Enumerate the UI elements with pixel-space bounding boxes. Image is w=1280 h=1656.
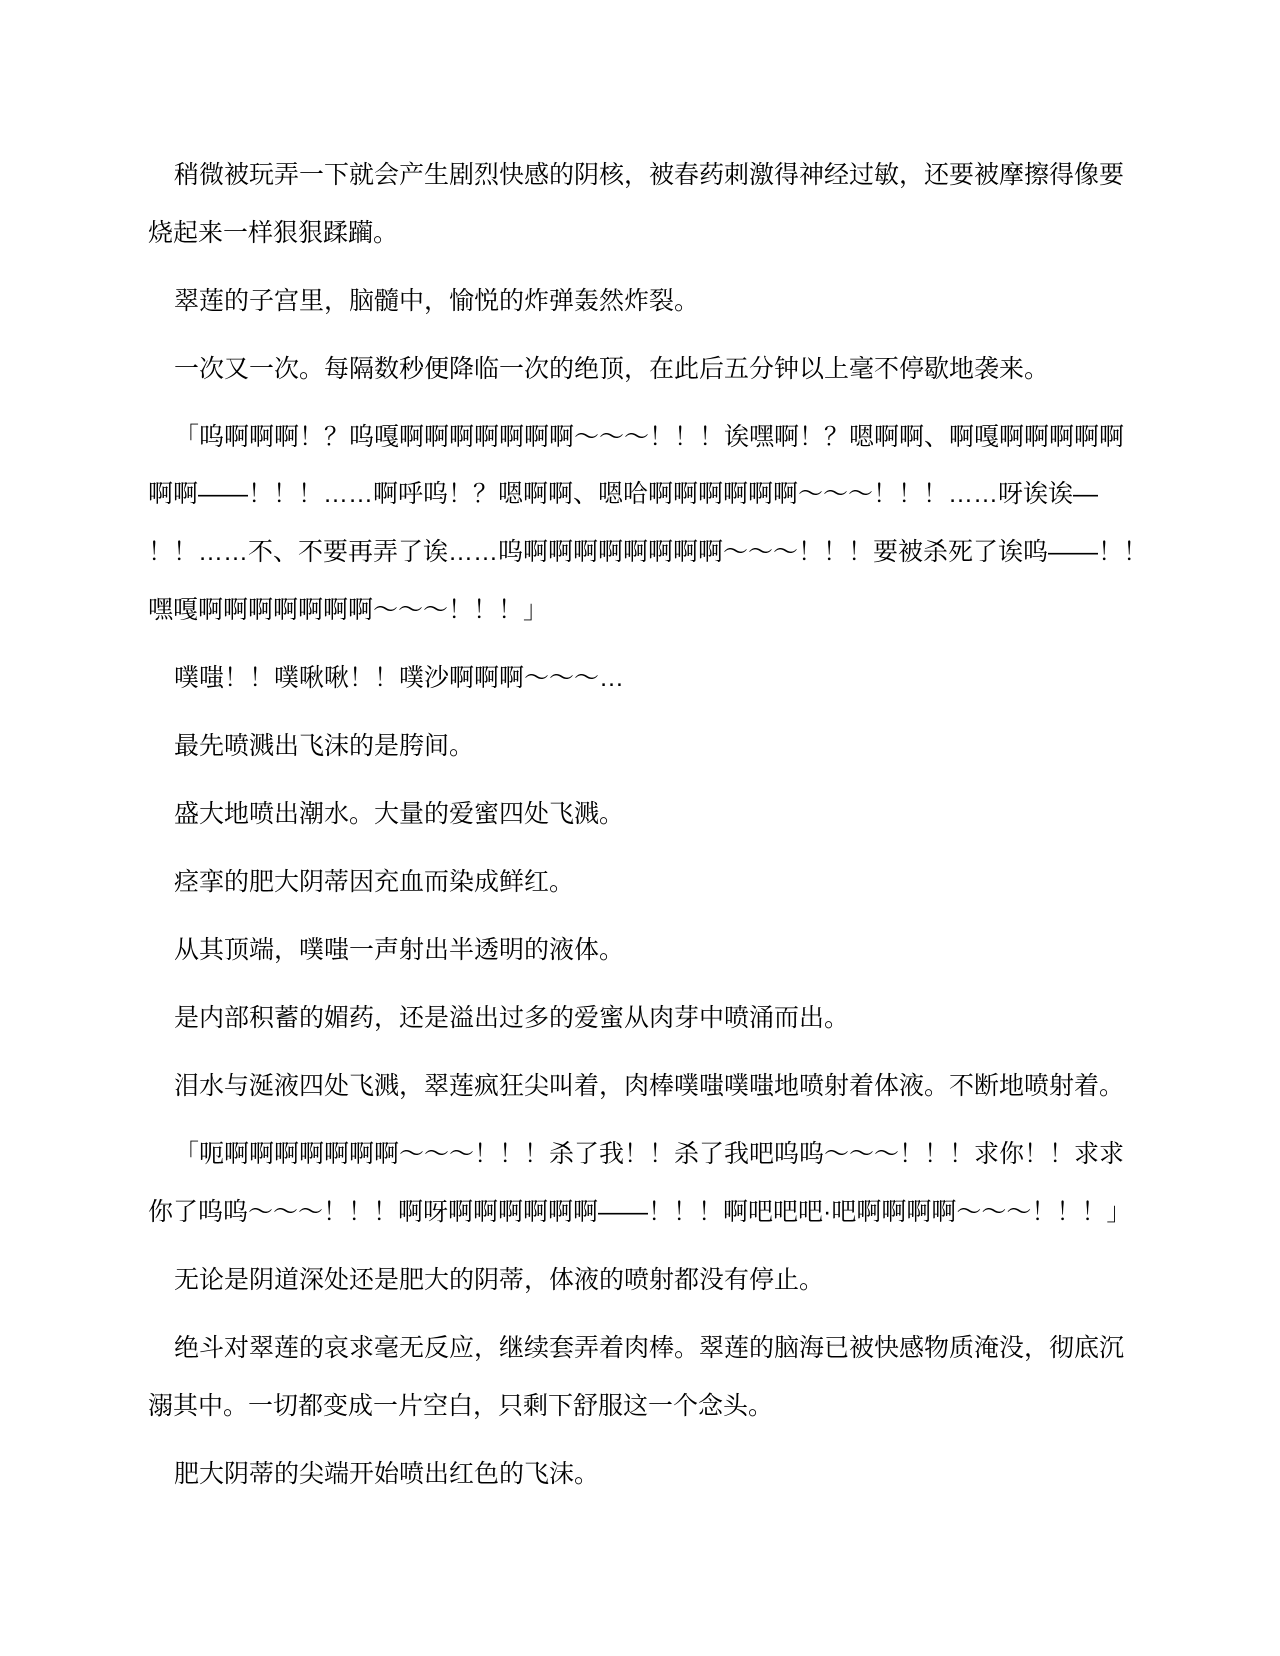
paragraph: 痉挛的肥大阴蒂因充血而染成鲜红。	[148, 854, 1158, 912]
text-line: 「呃啊啊啊啊啊啊啊～～～！！！杀了我！！杀了我吧呜呜～～～！！！求你！！求求	[148, 1126, 1158, 1184]
text-line: 绝斗对翠莲的哀求毫无反应，继续套弄着肉棒。翠莲的脑海已被快感物质淹没，彻底沉	[148, 1320, 1158, 1378]
paragraph: 肥大阴蒂的尖端开始喷出红色的飞沫。	[148, 1446, 1158, 1504]
text-line: 是内部积蓄的媚药，还是溢出过多的爱蜜从肉芽中喷涌而出。	[148, 990, 1158, 1048]
text-line: 烧起来一样狠狠蹂躏。	[148, 205, 1158, 263]
text-line: 翠莲的子宫里，脑髓中，愉悦的炸弹轰然炸裂。	[148, 273, 1158, 331]
paragraph: 最先喷溅出飞沫的是胯间。	[148, 718, 1158, 776]
text-line: 啊啊——！！！……啊呼呜！？嗯啊啊、嗯哈啊啊啊啊啊啊～～～！！！……呀诶诶—	[148, 466, 1158, 524]
text-line: 肥大阴蒂的尖端开始喷出红色的飞沫。	[148, 1446, 1158, 1504]
text-line: 一次又一次。每隔数秒便降临一次的绝顶，在此后五分钟以上毫不停歇地袭来。	[148, 341, 1158, 399]
text-line: 稍微被玩弄一下就会产生剧烈快感的阴核，被春药刺激得神经过敏，还要被摩擦得像要	[148, 147, 1158, 205]
paragraph: 一次又一次。每隔数秒便降临一次的绝顶，在此后五分钟以上毫不停歇地袭来。	[148, 341, 1158, 399]
paragraph: 噗嗤！！噗啾啾！！噗沙啊啊啊～～～…	[148, 650, 1158, 708]
text-line: 嘿嘎啊啊啊啊啊啊啊～～～！！！」	[148, 582, 1158, 640]
text-line: 最先喷溅出飞沫的是胯间。	[148, 718, 1158, 776]
paragraph: 绝斗对翠莲的哀求毫无反应，继续套弄着肉棒。翠莲的脑海已被快感物质淹没，彻底沉溺其…	[148, 1320, 1158, 1435]
document-page: 稍微被玩弄一下就会产生剧烈快感的阴核，被春药刺激得神经过敏，还要被摩擦得像要烧起…	[0, 0, 1280, 1656]
paragraph: 稍微被玩弄一下就会产生剧烈快感的阴核，被春药刺激得神经过敏，还要被摩擦得像要烧起…	[148, 147, 1158, 262]
paragraph: 无论是阴道深处还是肥大的阴蒂，体液的喷射都没有停止。	[148, 1252, 1158, 1310]
text-line: 从其顶端，噗嗤一声射出半透明的液体。	[148, 922, 1158, 980]
text-line: 你了呜呜～～～！！！啊呀啊啊啊啊啊啊——！！！啊吧吧吧·吧啊啊啊啊～～～！！！」	[148, 1184, 1158, 1242]
paragraph: 从其顶端，噗嗤一声射出半透明的液体。	[148, 922, 1158, 980]
text-line: 「呜啊啊啊！？呜嘎啊啊啊啊啊啊啊～～～！！！诶嘿啊！？嗯啊啊、啊嘎啊啊啊啊啊	[148, 409, 1158, 467]
paragraph: 翠莲的子宫里，脑髓中，愉悦的炸弹轰然炸裂。	[148, 273, 1158, 331]
paragraph: 是内部积蓄的媚药，还是溢出过多的爱蜜从肉芽中喷涌而出。	[148, 990, 1158, 1048]
text-line: 痉挛的肥大阴蒂因充血而染成鲜红。	[148, 854, 1158, 912]
text-line: 溺其中。一切都变成一片空白，只剩下舒服这一个念头。	[148, 1378, 1158, 1436]
text-line: 盛大地喷出潮水。大量的爱蜜四处飞溅。	[148, 786, 1158, 844]
text-line: 泪水与涎液四处飞溅，翠莲疯狂尖叫着，肉棒噗嗤噗嗤地喷射着体液。不断地喷射着。	[148, 1058, 1158, 1116]
text-line: ！！……不、不要再弄了诶……呜啊啊啊啊啊啊啊啊～～～！！！要被杀死了诶呜——！！	[148, 524, 1158, 582]
paragraph: 「呃啊啊啊啊啊啊啊～～～！！！杀了我！！杀了我吧呜呜～～～！！！求你！！求求你了…	[148, 1126, 1158, 1241]
text-line: 无论是阴道深处还是肥大的阴蒂，体液的喷射都没有停止。	[148, 1252, 1158, 1310]
paragraph: 盛大地喷出潮水。大量的爱蜜四处飞溅。	[148, 786, 1158, 844]
document-body: 稍微被玩弄一下就会产生剧烈快感的阴核，被春药刺激得神经过敏，还要被摩擦得像要烧起…	[148, 147, 1158, 1514]
paragraph: 泪水与涎液四处飞溅，翠莲疯狂尖叫着，肉棒噗嗤噗嗤地喷射着体液。不断地喷射着。	[148, 1058, 1158, 1116]
text-line: 噗嗤！！噗啾啾！！噗沙啊啊啊～～～…	[148, 650, 1158, 708]
paragraph: 「呜啊啊啊！？呜嘎啊啊啊啊啊啊啊～～～！！！诶嘿啊！？嗯啊啊、啊嘎啊啊啊啊啊啊啊…	[148, 409, 1158, 639]
